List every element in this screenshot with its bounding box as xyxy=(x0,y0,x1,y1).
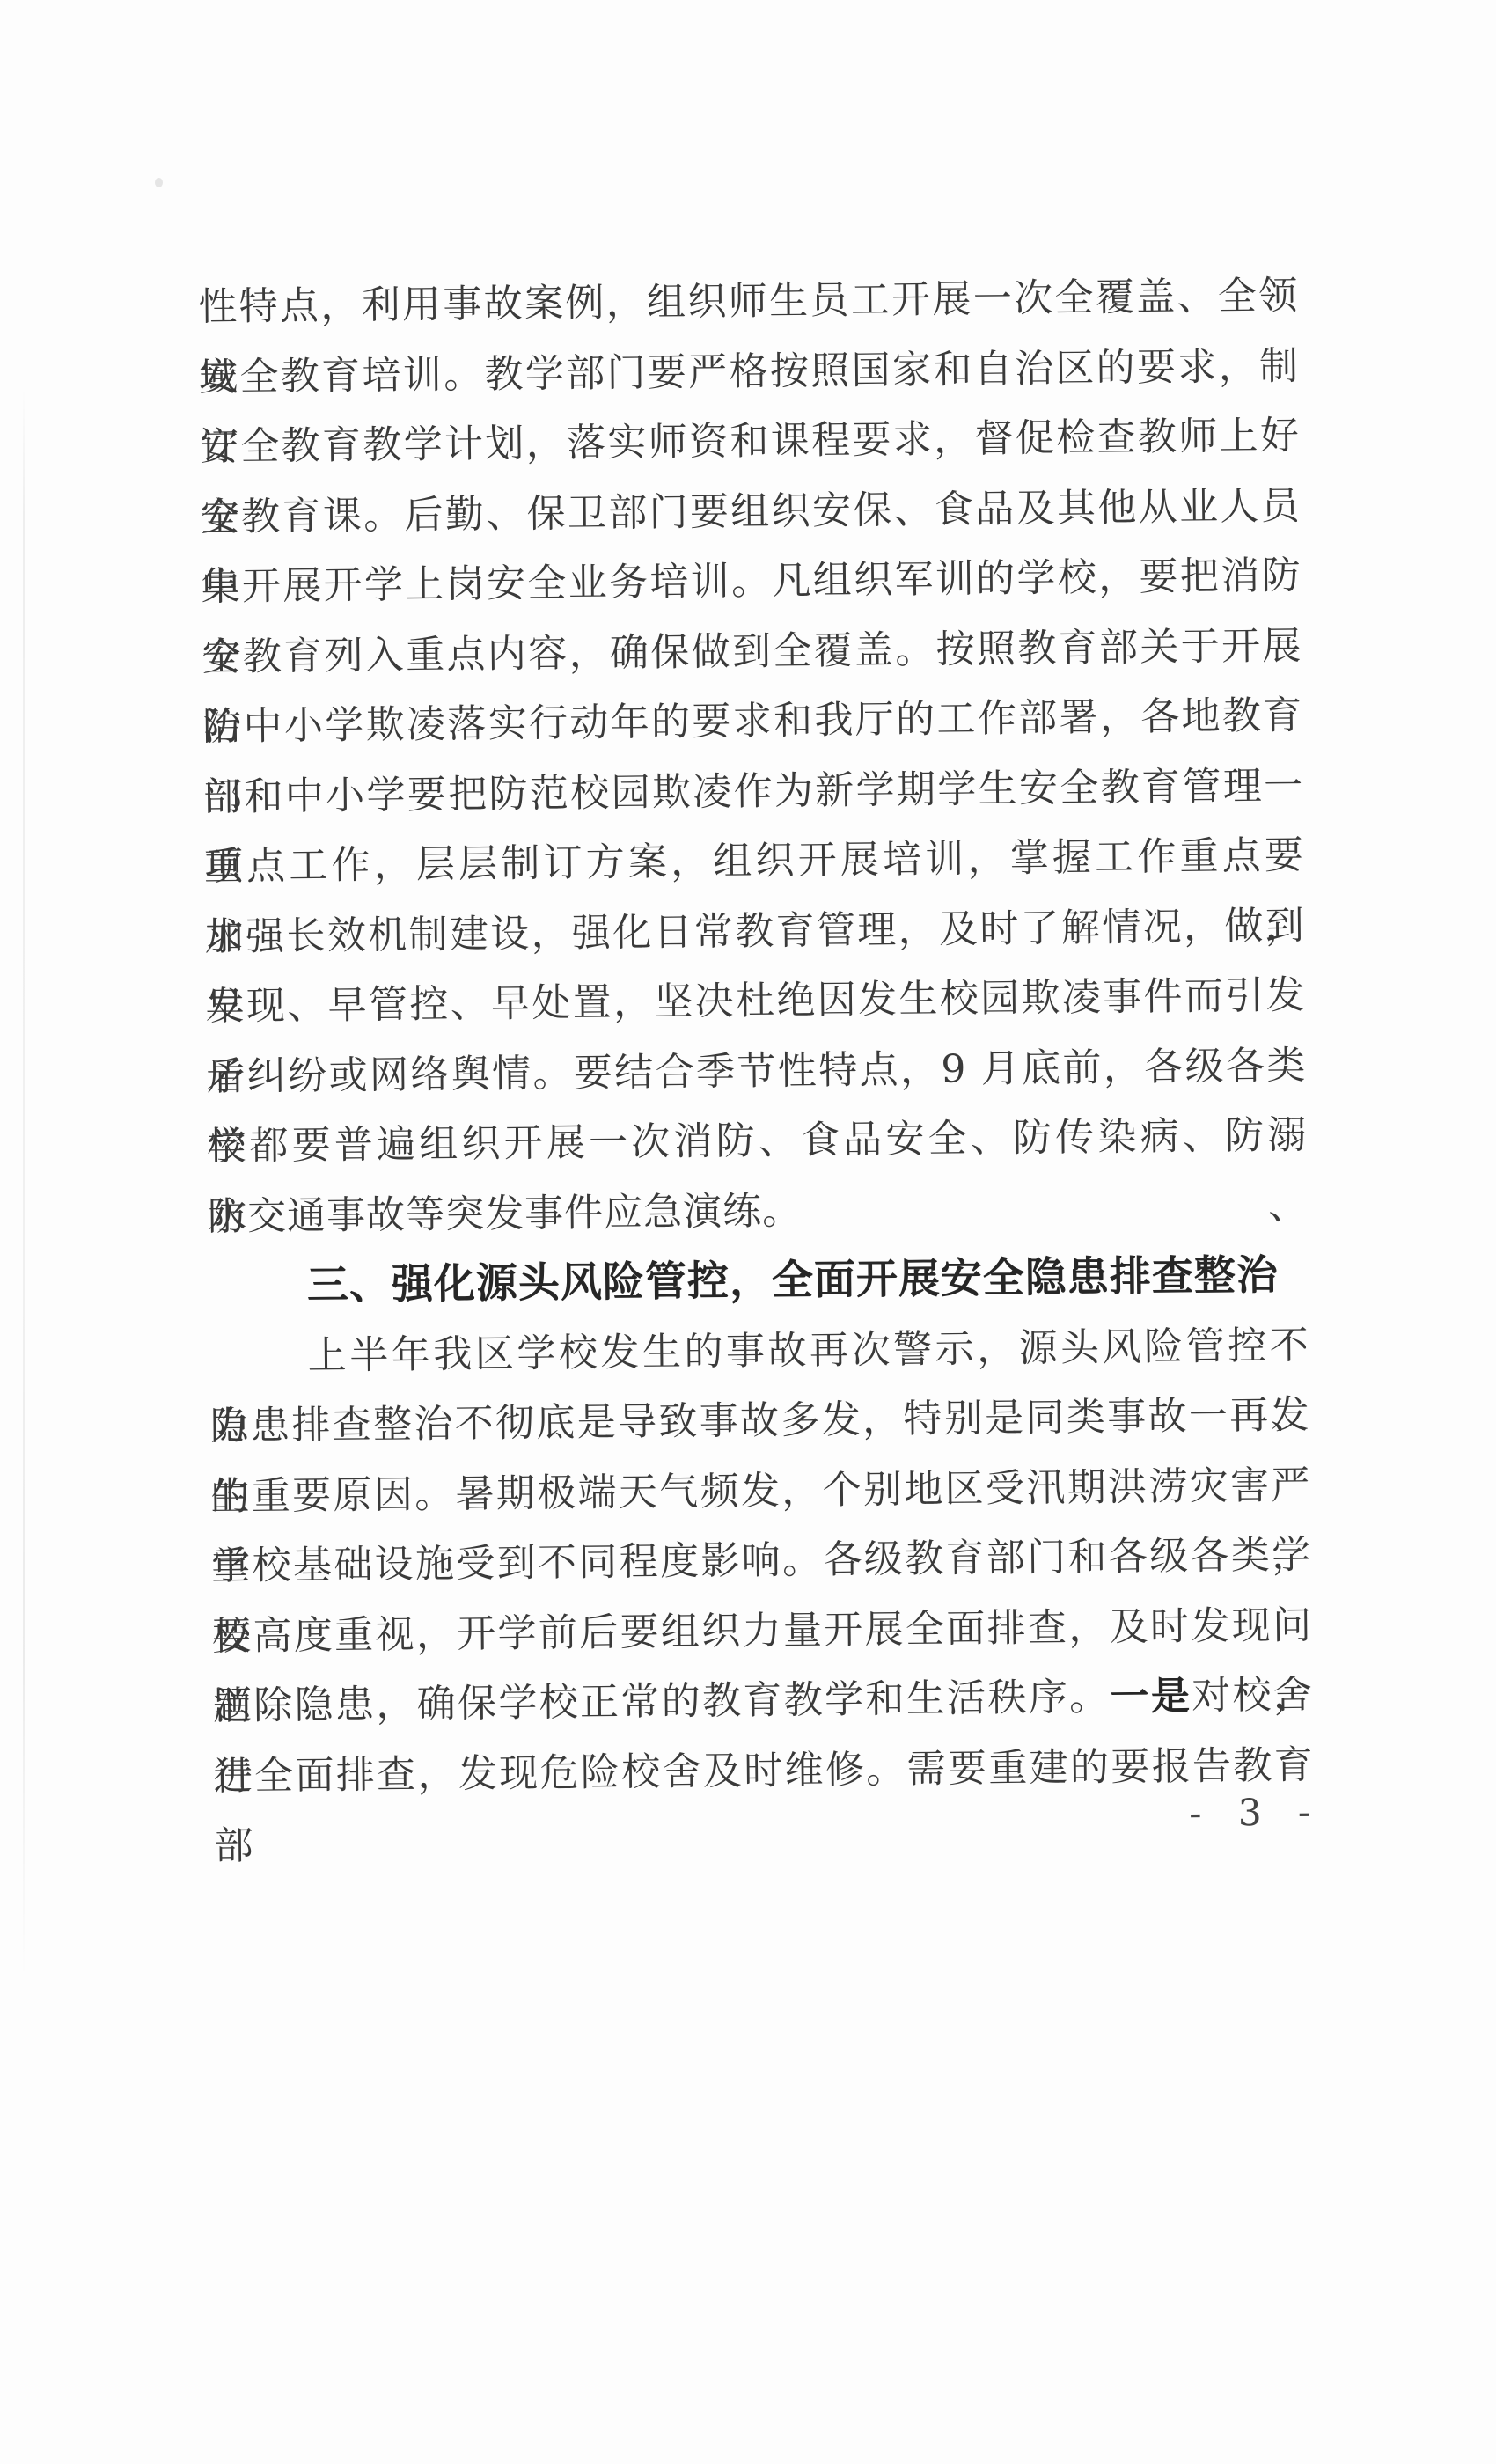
text-line: 隐患排查整治不彻底是导致事故多发，特别是同类事故一再发生 xyxy=(209,1380,1310,1462)
text-line: 治中小学欺凌落实行动年的要求和我厅的工作部署，各地教育部 xyxy=(202,680,1303,762)
text-line: 性特点，利用事故案例，组织师生员工开展一次全覆盖、全领域 xyxy=(198,261,1299,343)
text-segment: 消除隐患，确保学校正常的教育教学和生活秩序。 xyxy=(213,1675,1111,1729)
text-line: 学校基础设施受到不同程度影响。各级教育部门和各级各类学校 xyxy=(211,1520,1312,1602)
page-number: - 3 - xyxy=(1189,1790,1323,1835)
text-line: 重点工作，层层制订方案，组织开展培训，掌握工作重点要求， xyxy=(204,820,1305,902)
text-line: 全教育课。后勤、保卫部门要组织安保、食品及其他从业人员集 xyxy=(200,471,1301,553)
scan-speckle-artifact xyxy=(155,178,163,187)
text-line: 盾纠纷或网络舆情。要结合季节性特点，9 月底前，各级各类学 xyxy=(206,1030,1307,1112)
scanned-document-page: - 3 - 性特点，利用事故案例，组织师生员工开展一次全覆盖、全领域安全教育培训… xyxy=(0,0,1496,2464)
section-heading: 三、强化源头风险管控，全面开展安全隐患排查整治 xyxy=(209,1240,1309,1322)
text-line: 安全教育培训。教学部门要严格按照国家和自治区的要求，制订 xyxy=(199,331,1300,413)
scan-fold-line-artifact xyxy=(23,387,25,1980)
text-segment: 行全面排查，发现危险校舍及时维修。需要重建的要报告教育部 xyxy=(214,1742,1314,1869)
text-line: 加强长效机制建设，强化日常教育管理，及时了解情况，做到早 xyxy=(204,891,1305,972)
text-line: 中开展开学上岗安全业务培训。凡组织军训的学校，要把消防安 xyxy=(201,540,1302,622)
text-line: 上半年我区学校发生的事故再次警示，源头风险管控不力、 xyxy=(209,1310,1309,1392)
text-line: 行全面排查，发现危险校舍及时维修。需要重建的要报告教育部 xyxy=(213,1730,1314,1812)
text-line: 消除隐患，确保学校正常的教育教学和生活秩序。一是对校舍进 xyxy=(213,1660,1314,1742)
text-line: 全教育列入重点内容，确保做到全覆盖。按照教育部关于开展防 xyxy=(202,611,1302,693)
text-line: 门和中小学要把防范校园欺凌作为新学期学生安全教育管理一项 xyxy=(203,751,1304,832)
text-line: 的重要原因。暑期极端天气频发，个别地区受汛期洪涝灾害严重， xyxy=(210,1450,1311,1532)
text-segment: 防交通事故等突发事件应急演练。 xyxy=(208,1188,802,1239)
emphasis-text: 一是 xyxy=(1110,1674,1192,1720)
text-line: 安全教育教学计划，落实师资和课程要求，督促检查教师上好安 xyxy=(200,400,1301,482)
text-line: 校都要普遍组织开展一次消防、食品安全、防传染病、防溺水、 xyxy=(207,1100,1308,1182)
text-line: 要高度重视，开学前后要组织力量开展全面排查，及时发现问题， xyxy=(212,1590,1313,1672)
emphasis-text: 三、强化源头风险管控，全面开展安全隐患排查整治 xyxy=(307,1251,1280,1310)
text-line: 发现、早管控、早处置，坚决杜绝因发生校园欺凌事件而引发矛 xyxy=(205,960,1306,1042)
document-text-block: - 3 - 性特点，利用事故案例，组织师生员工开展一次全覆盖、全领域安全教育培训… xyxy=(198,261,1314,1812)
